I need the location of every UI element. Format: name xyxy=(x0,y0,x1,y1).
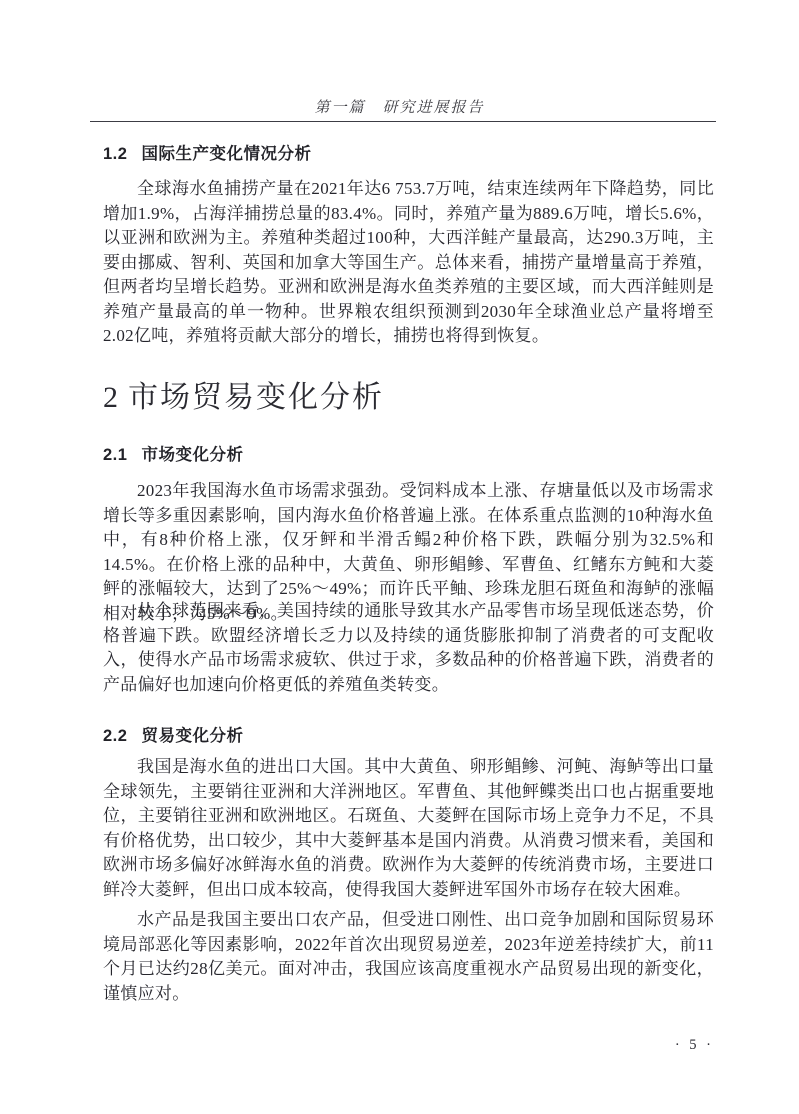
paragraph-trade-change-2: 水产品是我国主要出口农产品，但受进口刚性、出口竞争加剧和国际贸易环境局部恶化等因… xyxy=(103,908,714,1006)
section-heading-2-2: 2.2贸易变化分析 xyxy=(103,722,715,746)
section-heading-1-2: 1.2国际生产变化情况分析 xyxy=(103,140,715,164)
document-page: 第一篇 研究进展报告 1.2国际生产变化情况分析 全球海水鱼捕捞产量在2021年… xyxy=(0,0,799,1114)
section-title: 国际生产变化情况分析 xyxy=(141,145,311,163)
section-title: 贸易变化分析 xyxy=(141,727,243,745)
section-number: 2.2 xyxy=(103,727,127,746)
chapter-number: 2 xyxy=(103,381,118,415)
chapter-heading-2: 2市场贸易变化分析 xyxy=(103,372,743,416)
section-number: 1.2 xyxy=(103,145,127,164)
paragraph-market-change-2: 从全球范围来看，美国持续的通胀导致其水产品零售市场呈现低迷态势，价格普遍下跌。欧… xyxy=(103,599,714,697)
section-heading-2-1: 2.1市场变化分析 xyxy=(103,441,715,465)
header-rule xyxy=(90,121,716,122)
running-header-title: 第一篇 研究进展报告 xyxy=(0,96,799,117)
paragraph-international-production: 全球海水鱼捕捞产量在2021年达6 753.7万吨，结束连续两年下降趋势，同比增… xyxy=(103,177,714,349)
section-number: 2.1 xyxy=(103,446,127,465)
chapter-title: 市场贸易变化分析 xyxy=(128,381,384,414)
section-title: 市场变化分析 xyxy=(141,446,243,464)
page-number: · 5 · xyxy=(103,1037,714,1054)
paragraph-trade-change-1: 我国是海水鱼的进出口大国。其中大黄鱼、卵形鲳鲹、河鲀、海鲈等出口量全球领先，主要… xyxy=(103,755,714,902)
